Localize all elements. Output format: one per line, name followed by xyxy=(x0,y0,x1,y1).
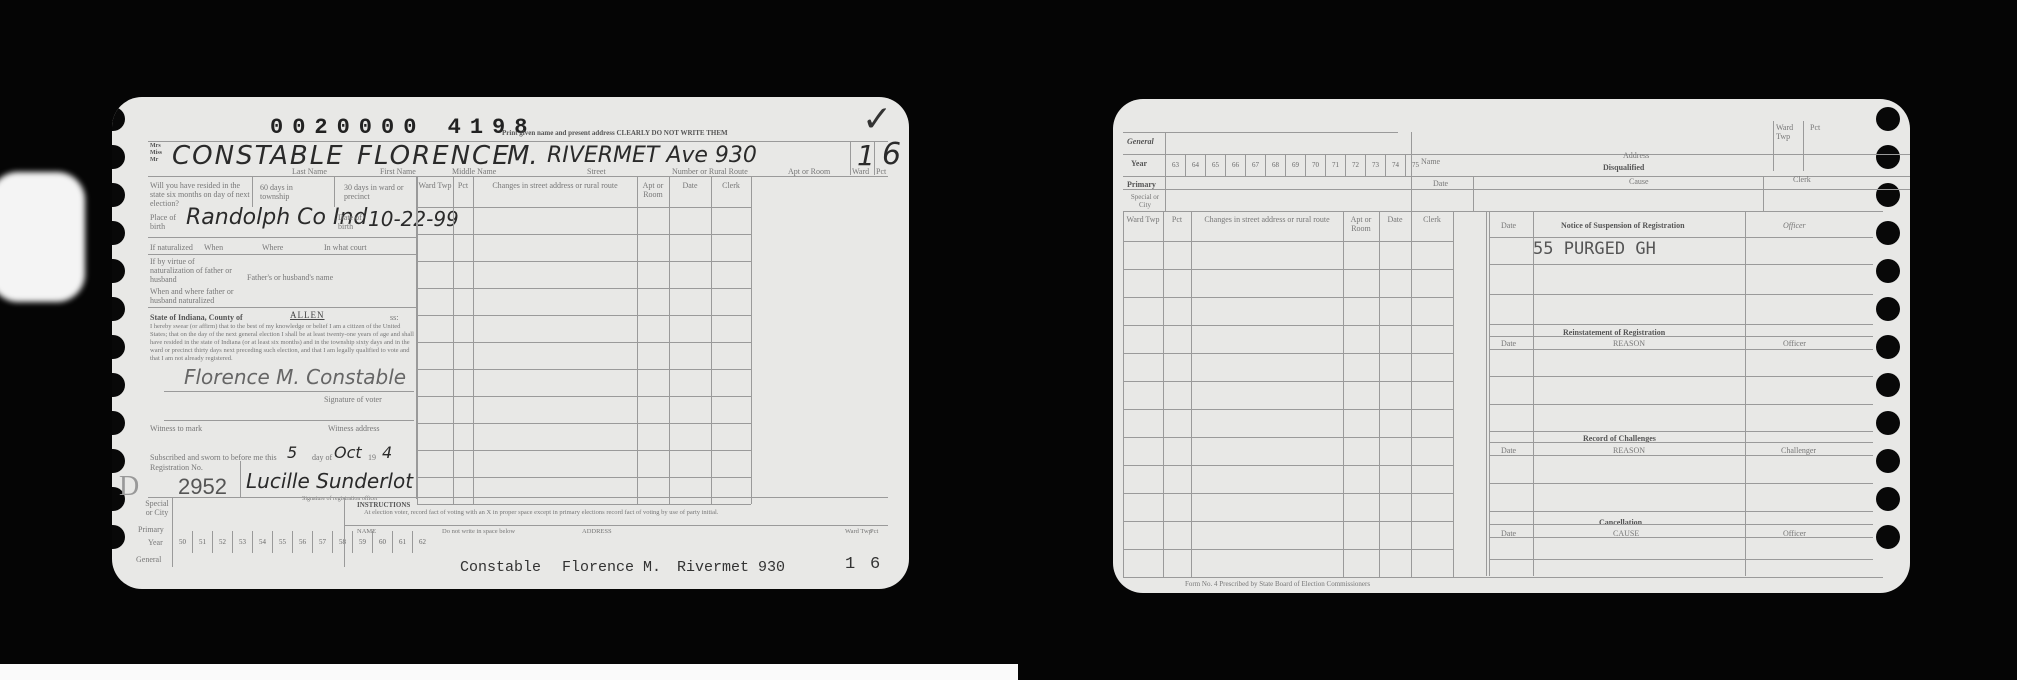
label-first-name: First Name xyxy=(380,167,416,176)
transfer-date-label: Date xyxy=(1433,179,1448,188)
label-special-city: Special or City xyxy=(1125,193,1165,209)
label-when-where: When and where father or husband natural… xyxy=(150,287,245,305)
section-rule xyxy=(1489,404,1873,405)
changes-row-line xyxy=(1123,465,1453,466)
label-day-of: day of xyxy=(312,453,332,462)
punch-hole xyxy=(112,373,125,397)
year-prefix: 19 xyxy=(368,453,376,462)
form-footer: Form No. 4 Prescribed by State Board of … xyxy=(1185,580,1370,589)
punch-hole xyxy=(112,411,125,435)
section-rule xyxy=(1489,294,1873,295)
label-when: When xyxy=(204,243,223,252)
changes-row-line xyxy=(1123,325,1453,326)
changes-header-cell: Date xyxy=(669,181,711,190)
punch-hole xyxy=(112,107,125,131)
punch-hole xyxy=(1876,259,1900,283)
changes-row-line xyxy=(1123,493,1453,494)
punch-hole xyxy=(112,221,125,245)
label-voter-signature: Signature of voter xyxy=(324,395,382,404)
vote-year-cell: 52 xyxy=(212,531,232,553)
section-rule xyxy=(1489,524,1873,525)
purged-stamp: 55 PURGED GH xyxy=(1533,239,1656,259)
changes-row-line xyxy=(1123,549,1453,550)
vote-year-cell: 69 xyxy=(1285,154,1305,176)
suspension-officer-header: Officer xyxy=(1783,221,1806,230)
stub-typed-first-name: Florence M. xyxy=(562,559,661,576)
label-court: In what court xyxy=(324,243,367,252)
registration-card-back: General Year Primary Special or City 636… xyxy=(1113,99,1910,593)
changes-row-line xyxy=(417,369,751,370)
vote-year-cell: 53 xyxy=(232,531,252,553)
oath-ss: ss: xyxy=(390,313,398,322)
subscribed-year: 4 xyxy=(382,443,392,462)
cancellation-title: Cancellation xyxy=(1599,518,1642,527)
punch-hole xyxy=(112,259,125,283)
punch-hole xyxy=(1876,107,1900,131)
label-witness-mark: Witness to mark xyxy=(150,424,202,433)
label-special-city: Special or City xyxy=(142,499,172,517)
changes-header-cell: Pct xyxy=(1163,215,1191,224)
challenges-reason-header: REASON xyxy=(1613,446,1645,455)
punch-hole xyxy=(1876,335,1900,359)
changes-header-cell: Date xyxy=(1379,215,1411,224)
section-rule xyxy=(1489,324,1873,325)
label-naturalization-father: If by virtue of naturalization of father… xyxy=(150,257,240,284)
punch-hole xyxy=(1876,487,1900,511)
bottom-white-band xyxy=(0,664,1018,680)
vote-year-cell: 51 xyxy=(192,531,212,553)
changes-header-cell: Changes in street address or rural route xyxy=(473,181,637,190)
transfer-name-label: Name xyxy=(1421,157,1440,166)
vote-year-cell: 56 xyxy=(292,531,312,553)
label-year: Year xyxy=(148,538,163,547)
header-instruction: Print given name and present address CLE… xyxy=(502,129,728,137)
vote-year-cell: 63 xyxy=(1165,154,1185,176)
check-mark: ✓ xyxy=(862,99,892,140)
date-of-birth-handwritten: 10-22-99 xyxy=(368,207,459,231)
stub-label-name: NAME xyxy=(357,527,376,536)
stub-typed-street: Rivermet 930 xyxy=(677,559,785,576)
changes-row-line xyxy=(1123,521,1453,522)
changes-header-cell: Clerk xyxy=(1411,215,1453,224)
punch-hole xyxy=(112,525,125,549)
vote-year-cell: 55 xyxy=(272,531,292,553)
changes-header-cell: Apt or Room xyxy=(1343,215,1379,233)
reinstatement-reason-header: REASON xyxy=(1613,339,1645,348)
label-primary: Primary xyxy=(138,525,164,534)
changes-row-line xyxy=(417,477,751,478)
punch-hole xyxy=(112,297,125,321)
label-street: Street xyxy=(587,167,606,176)
changes-row-line xyxy=(1123,269,1453,270)
label-witness-address: Witness address xyxy=(328,424,379,433)
label-ward: Ward xyxy=(852,167,869,176)
vote-year-cell: 50 xyxy=(172,531,192,553)
changes-row-line xyxy=(1123,381,1453,382)
blurred-overexposed-object xyxy=(0,172,85,302)
vote-year-cell: 58 xyxy=(332,531,352,553)
suspension-notice-header: Notice of Suspension of Registration xyxy=(1561,221,1685,230)
challenges-challenger-header: Challenger xyxy=(1781,446,1816,455)
oath-state: State of Indiana, County of xyxy=(150,313,243,322)
changes-header-cell: Changes in street address or rural route xyxy=(1191,215,1343,224)
changes-header-cell: Clerk xyxy=(711,181,751,190)
residency-question: Will you have resided in the state six m… xyxy=(150,181,250,208)
label-number-route: Number or Rural Route xyxy=(672,167,748,176)
oath-text: I hereby swear (or affirm) that to the b… xyxy=(150,323,414,363)
stub-label-pct: Pct xyxy=(870,527,878,536)
changes-row-line xyxy=(1123,437,1453,438)
transfer-address-label: Address xyxy=(1623,151,1649,160)
changes-row-line xyxy=(417,234,751,235)
label-pct: Pct xyxy=(876,167,886,176)
changes-row-line xyxy=(417,423,751,424)
serial-number: 0020000 4198 xyxy=(270,115,536,140)
vote-grid-years-back: 63646566676869707172737475 xyxy=(1165,154,1425,176)
section-rule xyxy=(1489,349,1873,350)
section-rule xyxy=(1489,431,1873,432)
stub-typed-last-name: Constable xyxy=(460,559,541,576)
vote-year-cell: 62 xyxy=(412,531,432,553)
changes-header-cell: Ward Twp xyxy=(1123,215,1163,224)
stub-label-address: ADDRESS xyxy=(582,527,612,536)
punch-hole xyxy=(112,449,125,473)
transfer-ward-label: Ward Twp xyxy=(1776,123,1802,141)
label-general: General xyxy=(1127,137,1154,146)
title-prefix: Mrs Miss Mr xyxy=(150,143,164,164)
street-handwritten: RIVERMET Ave 930 xyxy=(547,143,757,168)
suspension-date-header: Date xyxy=(1501,221,1516,230)
vote-year-cell: 64 xyxy=(1185,154,1205,176)
district-letter: D xyxy=(119,471,139,503)
punch-hole xyxy=(1876,449,1900,473)
label-father-name: Father's or husband's name xyxy=(247,273,333,282)
changes-row-line xyxy=(417,504,751,505)
changes-row-line xyxy=(1123,353,1453,354)
vote-year-cell: 67 xyxy=(1245,154,1265,176)
section-rule xyxy=(1489,455,1873,456)
changes-row-line xyxy=(417,315,751,316)
stub-label-ward: Ward Twp xyxy=(845,527,872,536)
changes-row-line xyxy=(417,288,751,289)
section-rule xyxy=(1489,376,1873,377)
reinstatement-date-header: Date xyxy=(1501,339,1516,348)
transfer-pct-label: Pct xyxy=(1810,123,1820,132)
subscribed-month: Oct xyxy=(334,443,362,462)
vote-year-cell: 70 xyxy=(1305,154,1325,176)
label-middle-name: Middle Name xyxy=(452,167,496,176)
label-general: General xyxy=(136,555,161,564)
section-rule xyxy=(1489,511,1873,512)
stub-typed-pct: 6 xyxy=(870,555,880,574)
changes-header-cell: Apt or Room xyxy=(637,181,669,199)
transfer-disqualified-label: Disqualified xyxy=(1603,163,1644,172)
residency-30-days: 30 days in ward or precinct xyxy=(344,183,414,201)
changes-row-line xyxy=(417,396,751,397)
vote-year-cell: 66 xyxy=(1225,154,1245,176)
vote-year-cell: 72 xyxy=(1345,154,1365,176)
changes-row-line xyxy=(1123,297,1453,298)
punch-hole xyxy=(1876,373,1900,397)
stub-typed-ward: 1 xyxy=(845,555,855,574)
punch-hole xyxy=(1876,221,1900,245)
transfer-clerk-label: Clerk xyxy=(1793,175,1811,184)
vote-year-cell: 73 xyxy=(1365,154,1385,176)
stub-label-do-not-write: Do not write in space below xyxy=(442,527,515,536)
punch-hole xyxy=(1876,183,1900,207)
vote-year-cell: 54 xyxy=(252,531,272,553)
section-rule xyxy=(1489,237,1873,238)
punch-hole xyxy=(1876,297,1900,321)
punch-hole xyxy=(1876,525,1900,549)
residency-60-days: 60 days in township xyxy=(260,183,320,201)
vote-grid-years-front: 50515253545556575859606162 xyxy=(172,531,432,553)
vote-year-cell: 74 xyxy=(1385,154,1405,176)
label-where: Where xyxy=(262,243,283,252)
vote-year-cell: 65 xyxy=(1205,154,1225,176)
instructions-title: INSTRUCTIONS xyxy=(357,501,410,509)
label-place-of-birth: Place of birth xyxy=(150,213,190,231)
changes-row-line xyxy=(417,450,751,451)
vote-year-cell: 68 xyxy=(1265,154,1285,176)
middle-initial-handwritten: M. xyxy=(507,141,538,171)
oath-county: ALLEN xyxy=(290,310,325,320)
section-rule xyxy=(1489,559,1873,560)
label-primary: Primary xyxy=(1127,180,1156,189)
changes-row-line xyxy=(417,261,751,262)
vote-year-cell: 71 xyxy=(1325,154,1345,176)
section-rule xyxy=(1489,442,1873,443)
changes-row-line xyxy=(1123,409,1453,410)
vote-year-cell: 57 xyxy=(312,531,332,553)
section-rule xyxy=(1489,537,1873,538)
label-if-naturalized: If naturalized xyxy=(150,243,193,252)
vote-year-cell: 61 xyxy=(392,531,412,553)
punch-hole xyxy=(1876,145,1900,169)
label-registration-no: Registration No. xyxy=(150,463,203,472)
punch-hole xyxy=(1876,411,1900,435)
section-rule xyxy=(1489,483,1873,484)
clerk-signature: Lucille Sunderlot xyxy=(246,469,413,493)
voter-signature: Florence M. Constable xyxy=(184,365,406,389)
subscribed-day: 5 xyxy=(287,443,297,462)
section-rule xyxy=(1489,264,1873,265)
punch-hole xyxy=(112,145,125,169)
changes-header-cell: Pct xyxy=(453,181,473,190)
label-apt-room: Apt or Room xyxy=(788,167,830,176)
reinstatement-officer-header: Officer xyxy=(1783,339,1806,348)
changes-row-line xyxy=(417,342,751,343)
section-rule xyxy=(1489,336,1873,337)
instructions-text: At election voter, record fact of voting… xyxy=(364,509,864,517)
punch-hole xyxy=(112,335,125,359)
changes-header-cell: Ward Twp xyxy=(417,181,453,190)
subscribed-text: Subscribed and sworn to before me this xyxy=(150,453,277,462)
challenges-date-header: Date xyxy=(1501,446,1516,455)
label-year: Year xyxy=(1131,159,1147,168)
registration-card-front: 0020000 4198 Print given name and presen… xyxy=(112,97,909,589)
punch-hole xyxy=(112,183,125,207)
transfer-cause-label: Cause xyxy=(1629,177,1649,186)
label-last-name: Last Name xyxy=(292,167,327,176)
